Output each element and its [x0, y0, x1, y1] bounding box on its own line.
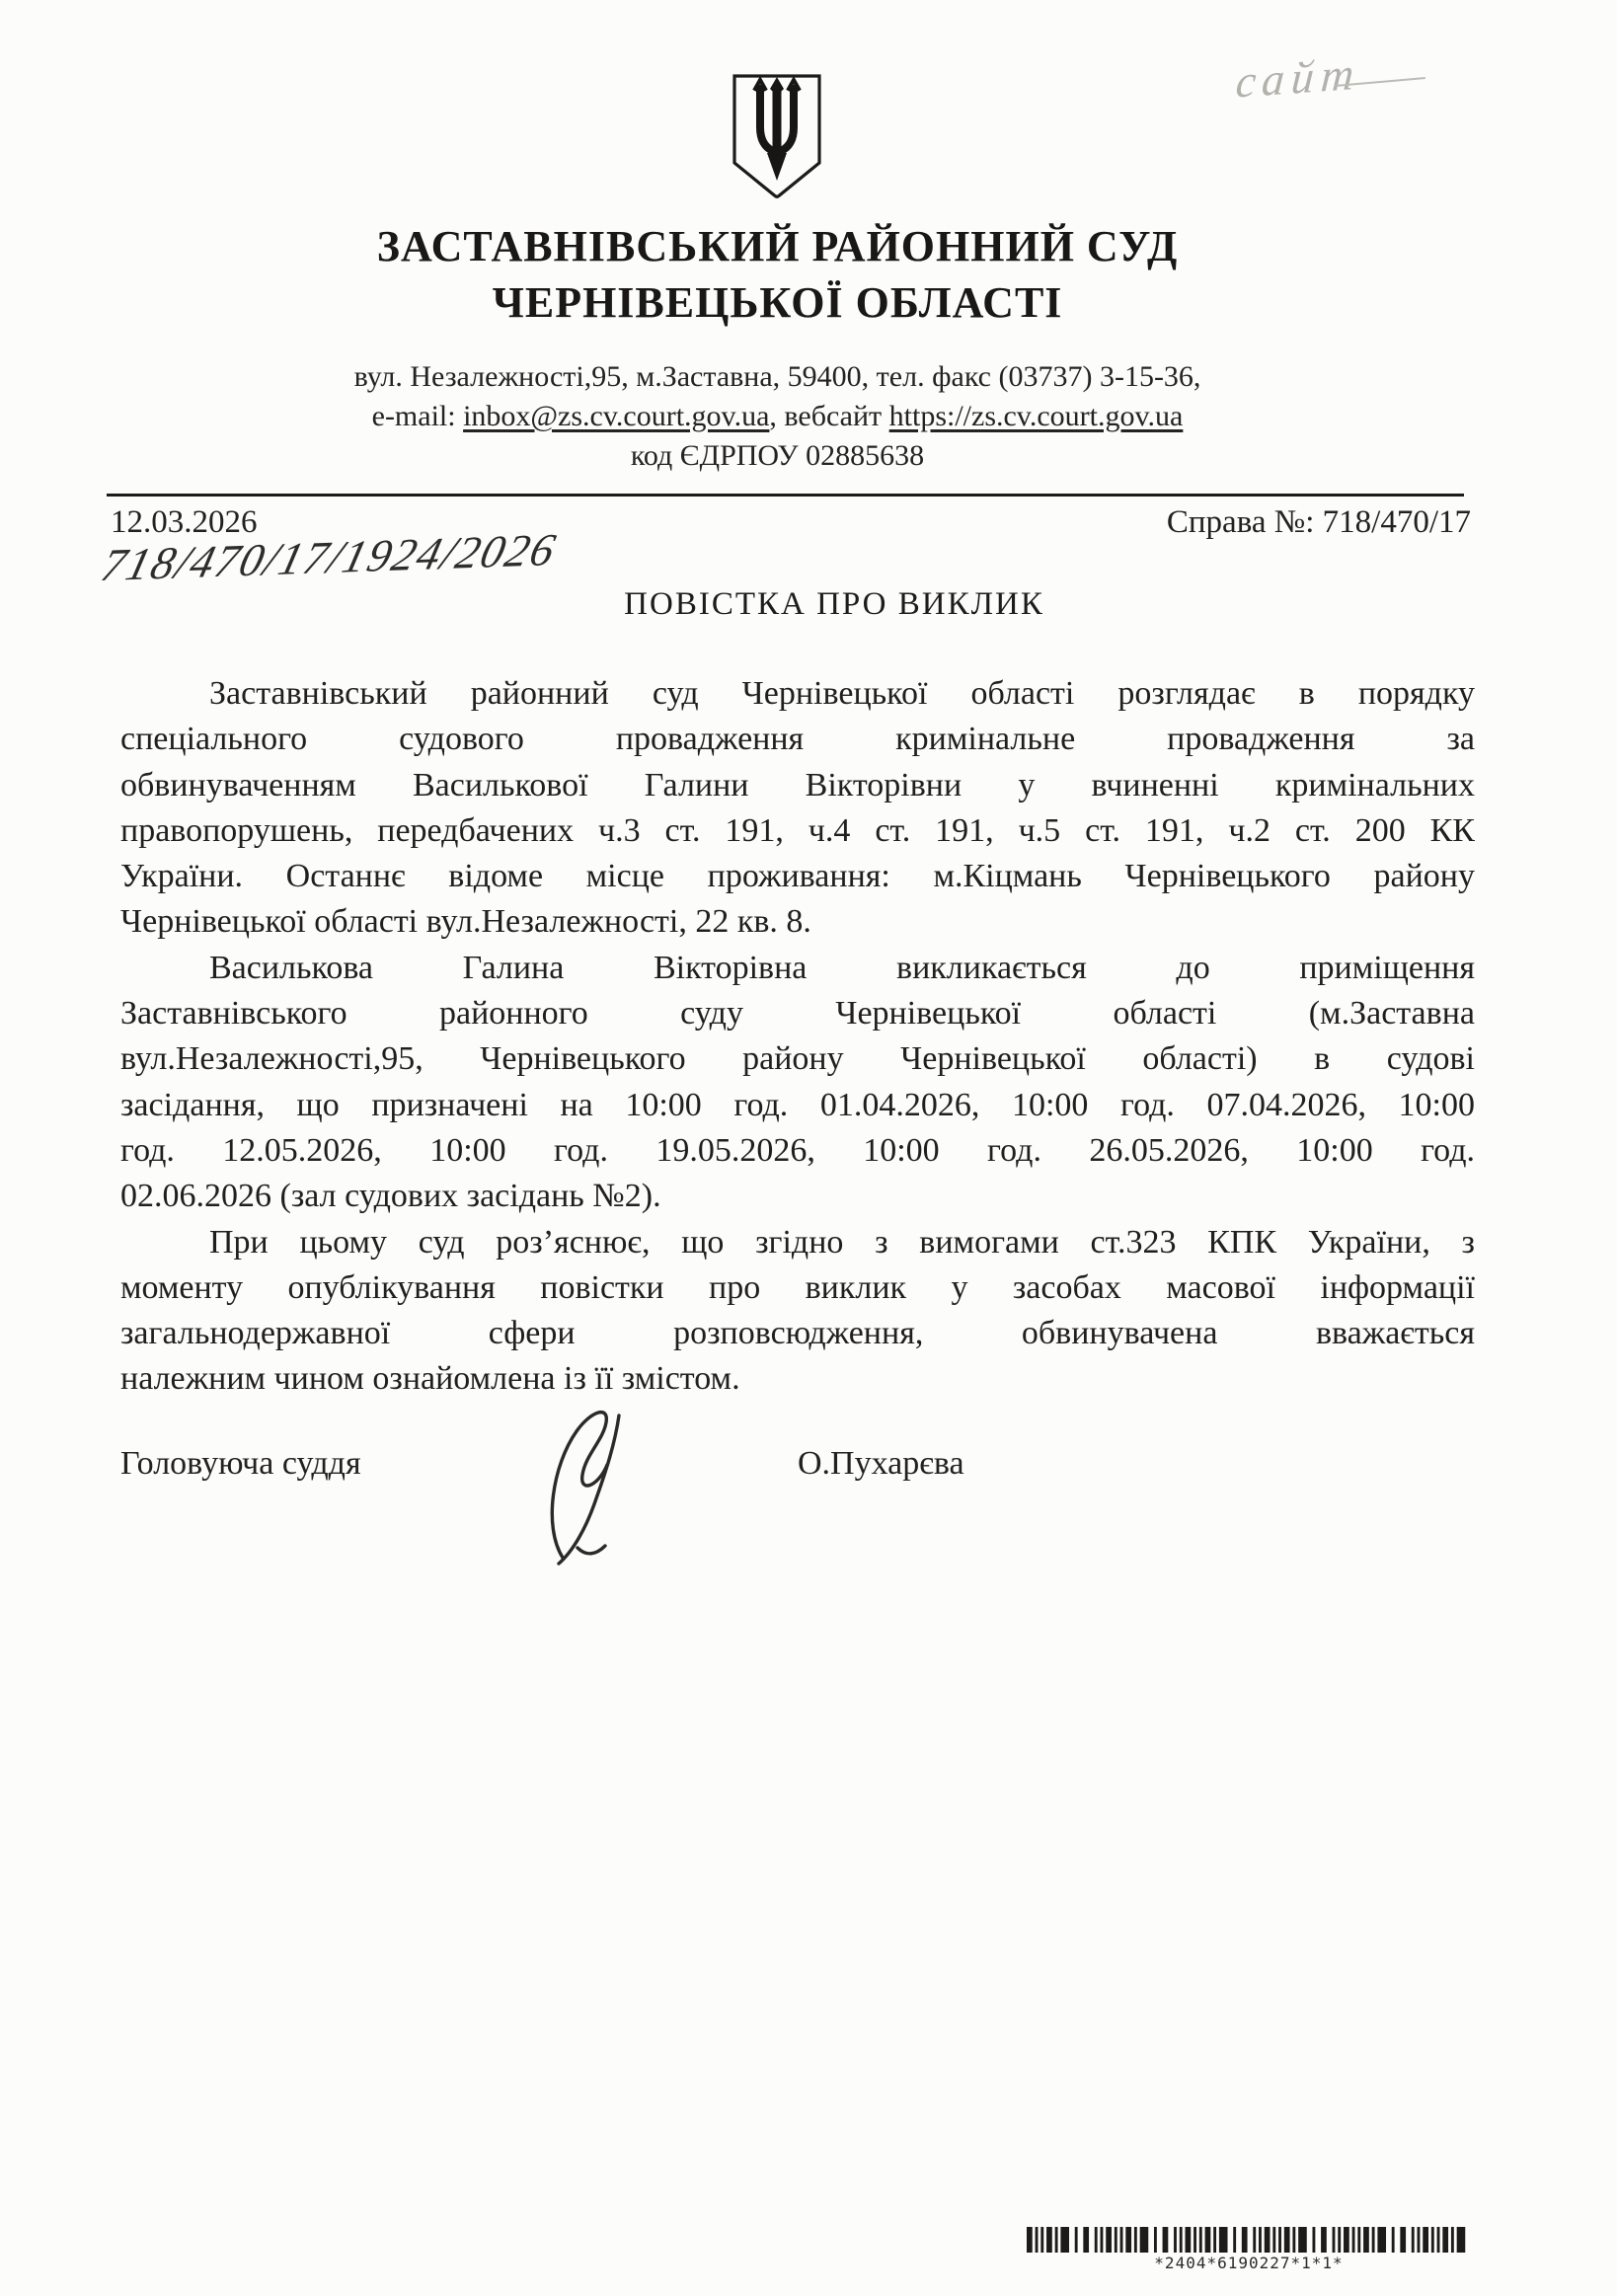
paragraph-line: Заставнівського районного суду Чернівець… — [120, 991, 1475, 1036]
barcode: *2404*6190227*1*1* — [1027, 2227, 1471, 2272]
website-label: , вебсайт — [769, 400, 888, 432]
paragraph-line: При цьому суд роз’яснює, що згідно з вим… — [120, 1220, 1475, 1265]
paragraph-line: спеціального судового провадження кримін… — [120, 717, 1475, 762]
barcode-bars — [1027, 2227, 1471, 2253]
judge-signature — [533, 1402, 671, 1569]
judge-name: О.Пухарєва — [798, 1445, 964, 1483]
judge-role-label: Головуюча суддя — [120, 1445, 361, 1483]
paragraph-line: України. Останнє відоме місце проживання… — [120, 854, 1475, 899]
case-number: Справа №: 718/470/17 — [780, 504, 1471, 541]
paragraph-line: Заставнівський районний суд Чернівецької… — [120, 671, 1475, 717]
email-label: e-mail: — [372, 400, 463, 432]
header-divider-line — [107, 494, 1464, 497]
paragraph-line: Василькова Галина Вікторівна викликаєтьс… — [120, 946, 1475, 991]
paragraph: Василькова Галина Вікторівна викликаєтьс… — [120, 946, 1475, 1220]
scanned-court-summons-page: сайт ЗАСТАВНІВСЬКИЙ РАЙОННИЙ СУД ЧЕРНІВЕ… — [0, 0, 1617, 2296]
document-title: ПОВІСТКА ПРО ВИКЛИК — [474, 586, 1194, 623]
court-name-line2: ЧЕРНІВЕЦЬКОЇ ОБЛАСТІ — [114, 277, 1441, 328]
paragraph-line: Чернівецької області вул.Незалежності, 2… — [120, 899, 1475, 945]
paragraph-line: загальнодержавної сфери розповсюдження, … — [120, 1311, 1475, 1356]
barcode-text: *2404*6190227*1*1* — [1027, 2254, 1471, 2272]
handwritten-pencil-note: сайт — [1234, 46, 1362, 108]
website-url: https://zs.cv.court.gov.ua — [889, 400, 1184, 432]
paragraph-line: моменту опублікування повістки про викли… — [120, 1265, 1475, 1311]
email-address: inbox@zs.cv.court.gov.ua — [463, 400, 769, 432]
paragraph-line: вул.Незалежності,95, Чернівецького район… — [120, 1036, 1475, 1082]
paragraph-line: правопорушень, передбачених ч.3 ст. 191,… — [120, 808, 1475, 854]
paragraph-line: год. 12.05.2026, 10:00 год. 19.05.2026, … — [120, 1128, 1475, 1174]
ukraine-trident-emblem — [731, 71, 823, 203]
paragraph: Заставнівський районний суд Чернівецької… — [120, 671, 1475, 946]
court-address-line: вул. Незалежності,95, м.Заставна, 59400,… — [114, 360, 1441, 394]
document-body: Заставнівський районний суд Чернівецької… — [120, 671, 1475, 1403]
court-name-line1: ЗАСТАВНІВСЬКИЙ РАЙОННИЙ СУД — [114, 221, 1441, 271]
paragraph-line: обвинуваченням Василькової Галини Віктор… — [120, 763, 1475, 808]
paragraph-line: 02.06.2026 (зал судових засідань №2). — [120, 1174, 1475, 1219]
paragraph-line: засідання, що призначені на 10:00 год. 0… — [120, 1083, 1475, 1128]
paragraph-line: належним чином ознайомлена із її змістом… — [120, 1356, 1475, 1402]
court-contacts-line: e-mail: inbox@zs.cv.court.gov.ua, вебсай… — [114, 400, 1441, 433]
paragraph: При цьому суд роз’яснює, що згідно з вим… — [120, 1220, 1475, 1403]
edrpou-code-line: код ЄДРПОУ 02885638 — [114, 439, 1441, 473]
